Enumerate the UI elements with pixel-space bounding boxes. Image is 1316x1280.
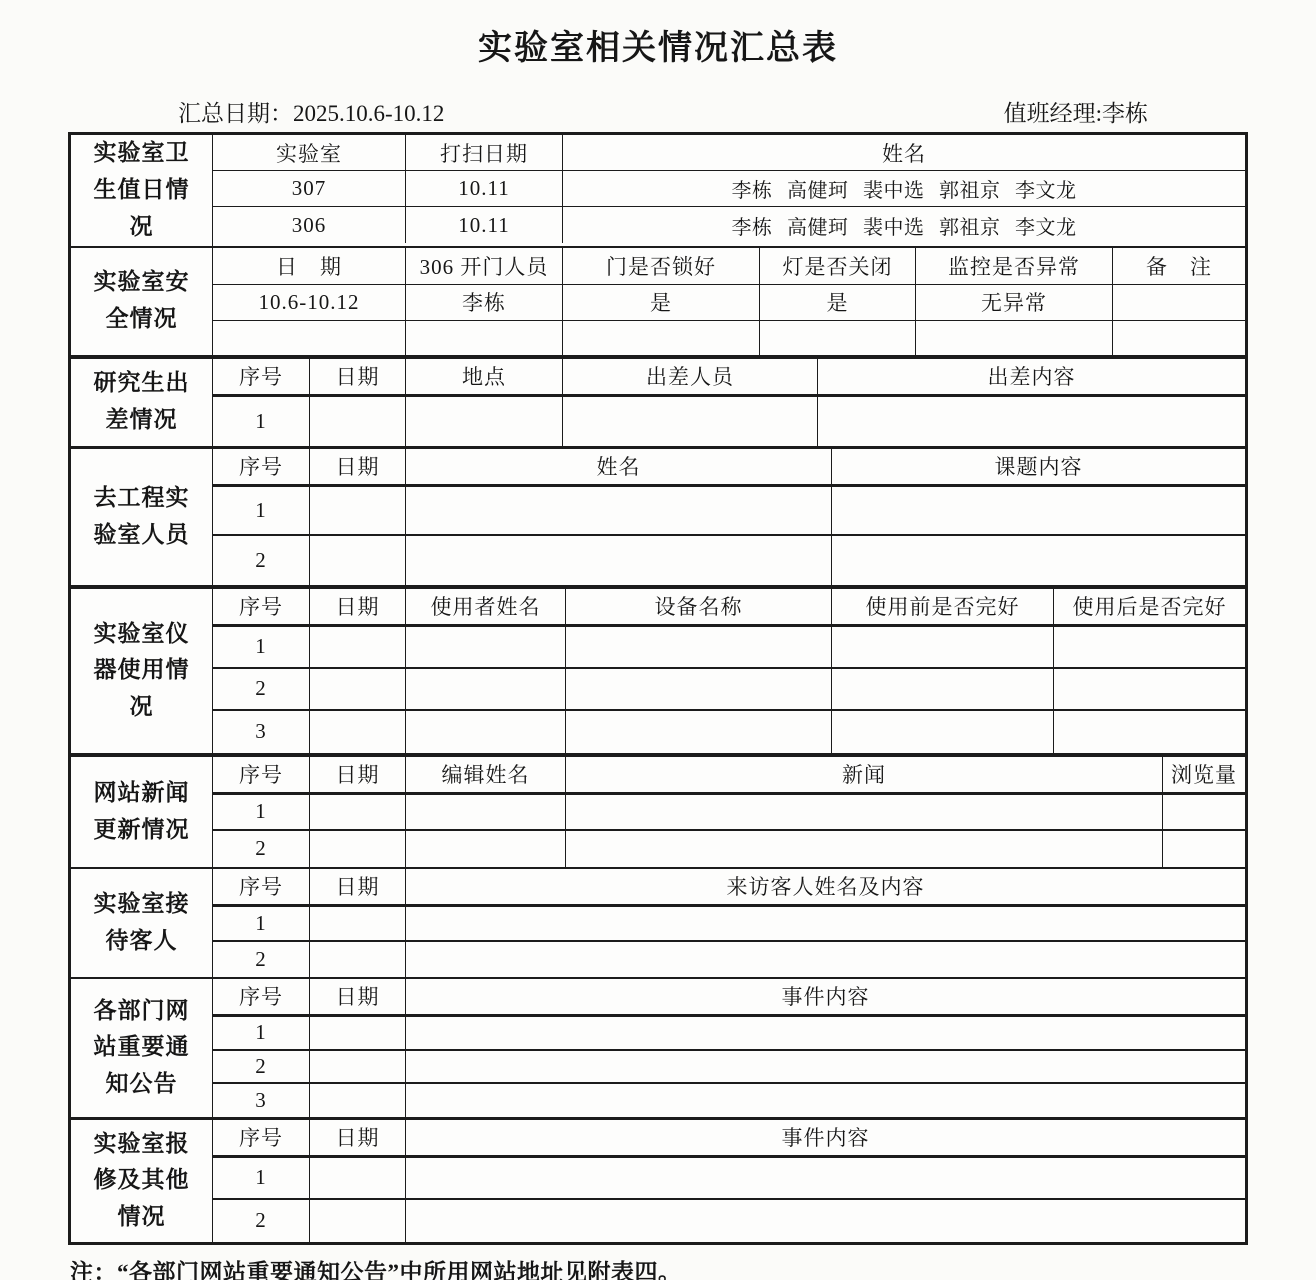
table-row: 序号 日期 地点 出差人员 出差内容 (213, 359, 1245, 397)
table-row: 实验室 打扫日期 姓名 (213, 135, 1245, 171)
header-cell: 序号 (213, 449, 310, 484)
section-lab-hygiene-duty: 实验室卫生值日情况 实验室 打扫日期 姓名 307 10.11 李栋 高健珂 裴… (71, 135, 1245, 247)
data-cell: 2 (213, 536, 310, 585)
data-cell (832, 487, 1245, 534)
data-cell (406, 321, 563, 355)
row-label: 实验室卫生值日情况 (71, 135, 213, 245)
table-row: 2 (213, 942, 1245, 977)
row-label: 实验室仪器使用情况 (71, 589, 213, 753)
data-cell (406, 907, 1245, 940)
table-row: 1 (213, 1158, 1245, 1200)
data-cell (310, 627, 406, 667)
data-cell (406, 669, 566, 709)
data-cell (406, 942, 1245, 977)
table-row: 2 (213, 669, 1245, 711)
data-cell (310, 536, 406, 585)
data-cell (566, 711, 832, 753)
data-cell: 是 (760, 285, 916, 320)
data-cell (406, 831, 566, 867)
data-cell (832, 536, 1245, 585)
header-cell: 日期 (310, 589, 406, 624)
summary-date: 汇总日期：2025.10.6-10.12 (178, 95, 444, 128)
data-cell (310, 487, 406, 534)
header-cell: 序号 (213, 757, 310, 792)
data-cell (1054, 669, 1245, 709)
header-cell: 编辑姓名 (406, 757, 566, 792)
header-cell: 门是否锁好 (563, 248, 760, 284)
header-cell: 姓名 (563, 135, 1245, 170)
header-cell: 课题内容 (832, 449, 1245, 484)
data-cell (832, 627, 1054, 667)
data-cell (310, 1051, 406, 1082)
data-cell (1163, 795, 1245, 829)
data-cell (406, 397, 563, 446)
data-cell (760, 321, 916, 355)
data-cell (310, 942, 406, 977)
data-cell (566, 831, 1163, 867)
data-cell: 李栋 高健珂 裴中选 郭祖京 李文龙 (563, 207, 1245, 243)
table-row: 序号 日期 事件内容 (213, 1120, 1245, 1158)
data-cell: 1 (213, 397, 310, 446)
table-row: 1 (213, 487, 1245, 536)
header-cell: 使用前是否完好 (832, 589, 1054, 624)
row-label: 网站新闻更新情况 (71, 757, 213, 867)
data-cell (406, 1158, 1245, 1198)
table-row: 序号 日期 使用者姓名 设备名称 使用前是否完好 使用后是否完好 (213, 589, 1245, 627)
header-cell: 序号 (213, 589, 310, 624)
data-cell (563, 397, 818, 446)
data-cell: 10.11 (406, 207, 563, 243)
row-label: 实验室接待客人 (71, 869, 213, 977)
row-label: 实验室安全情况 (71, 248, 213, 355)
data-cell (566, 795, 1163, 829)
header-cell: 日期 (310, 869, 406, 904)
duty-manager: 值班经理:李栋 (1004, 95, 1148, 128)
data-cell: 1 (213, 627, 310, 667)
summary-table: 实验室卫生值日情况 实验室 打扫日期 姓名 307 10.11 李栋 高健珂 裴… (68, 132, 1248, 1244)
row-label: 实验室报修及其他情况 (71, 1120, 213, 1242)
header-cell: 灯是否关闭 (760, 248, 916, 284)
data-cell: 2 (213, 1200, 310, 1242)
header-cell: 日期 (310, 757, 406, 792)
header-cell: 日 期 (213, 248, 406, 284)
data-cell (406, 536, 832, 585)
data-cell: 是 (563, 285, 760, 320)
data-cell: 3 (213, 1084, 310, 1117)
data-cell: 1 (213, 795, 310, 829)
table-row: 10.6-10.12 李栋 是 是 无异常 (213, 285, 1245, 321)
data-cell (310, 1158, 406, 1198)
data-cell (310, 397, 406, 446)
header-cell: 地点 (406, 359, 563, 394)
table-row: 3 (213, 1084, 1245, 1117)
data-cell: 无异常 (916, 285, 1113, 320)
header-cell: 浏览量 (1163, 757, 1245, 792)
data-cell (563, 321, 760, 355)
data-cell (406, 1084, 1245, 1117)
header-cell: 序号 (213, 359, 310, 394)
table-row: 1 (213, 907, 1245, 942)
section-lab-guests: 实验室接待客人 序号 日期 来访客人姓名及内容 1 2 (71, 869, 1245, 979)
data-cell (1113, 321, 1245, 355)
table-row: 3 (213, 711, 1245, 753)
footnote: 注：“各部门网站重要通知公告”中所用网站地址见附表四。 (70, 1254, 1316, 1280)
header-cell: 日期 (310, 359, 406, 394)
data-cell (310, 831, 406, 867)
data-cell (310, 907, 406, 940)
table-row: 序号 日期 姓名 课题内容 (213, 449, 1245, 487)
data-cell (916, 321, 1113, 355)
data-cell: 李栋 (406, 285, 563, 320)
data-cell (1054, 711, 1245, 753)
table-row: 1 (213, 627, 1245, 669)
header-cell: 序号 (213, 979, 310, 1014)
data-cell: 2 (213, 942, 310, 977)
table-row: 2 (213, 1200, 1245, 1242)
data-cell (1163, 831, 1245, 867)
table-row: 序号 日期 事件内容 (213, 979, 1245, 1017)
table-row: 306 10.11 李栋 高健珂 裴中选 郭祖京 李文龙 (213, 207, 1245, 243)
summary-date-label: 汇总日期： (178, 101, 293, 126)
data-cell (566, 669, 832, 709)
data-cell: 李栋 高健珂 裴中选 郭祖京 李文龙 (563, 171, 1245, 206)
header-cell: 姓名 (406, 449, 832, 484)
header-cell: 打扫日期 (406, 135, 563, 170)
header-cell: 使用者姓名 (406, 589, 566, 624)
header-cell: 事件内容 (406, 979, 1245, 1014)
header-cell: 日期 (310, 1120, 406, 1155)
data-cell (310, 1084, 406, 1117)
meta-row: 汇总日期：2025.10.6-10.12 值班经理:李栋 (0, 95, 1316, 128)
header-cell: 306 开门人员 (406, 248, 563, 284)
data-cell (406, 627, 566, 667)
header-cell: 使用后是否完好 (1054, 589, 1245, 624)
data-cell: 3 (213, 711, 310, 753)
header-cell: 出差人员 (563, 359, 818, 394)
data-cell (406, 1051, 1245, 1082)
data-cell: 1 (213, 1017, 310, 1049)
section-website-news-updates: 网站新闻更新情况 序号 日期 编辑姓名 新闻 浏览量 1 2 (71, 757, 1245, 869)
data-cell (406, 711, 566, 753)
section-instrument-usage: 实验室仪器使用情况 序号 日期 使用者姓名 设备名称 使用前是否完好 使用后是否… (71, 589, 1245, 757)
data-cell (566, 627, 832, 667)
table-row (213, 321, 1245, 355)
row-label: 研究生出差情况 (71, 359, 213, 446)
header-cell: 序号 (213, 1120, 310, 1155)
data-cell: 2 (213, 831, 310, 867)
section-engineering-lab-visitors: 去工程实验室人员 序号 日期 姓名 课题内容 1 2 (71, 449, 1245, 589)
header-cell: 序号 (213, 869, 310, 904)
table-row: 307 10.11 李栋 高健珂 裴中选 郭祖京 李文龙 (213, 171, 1245, 207)
table-row: 2 (213, 536, 1245, 585)
data-cell (832, 669, 1054, 709)
data-cell (406, 1017, 1245, 1049)
scanned-form-page: 实验室相关情况汇总表 汇总日期：2025.10.6-10.12 值班经理:李栋 … (0, 0, 1316, 1280)
data-cell (310, 1200, 406, 1242)
data-cell: 2 (213, 669, 310, 709)
data-cell (310, 669, 406, 709)
data-cell: 10.11 (406, 171, 563, 206)
data-cell (406, 487, 832, 534)
data-cell: 306 (213, 207, 406, 243)
data-cell: 2 (213, 1051, 310, 1082)
section-lab-repairs-other: 实验室报修及其他情况 序号 日期 事件内容 1 2 (71, 1120, 1245, 1242)
data-cell (1113, 285, 1245, 320)
data-cell: 10.6-10.12 (213, 285, 406, 320)
header-cell: 日期 (310, 979, 406, 1014)
table-row: 序号 日期 编辑姓名 新闻 浏览量 (213, 757, 1245, 795)
row-label: 去工程实验室人员 (71, 449, 213, 585)
data-cell (406, 1200, 1245, 1242)
data-cell: 1 (213, 1158, 310, 1198)
table-row: 1 (213, 795, 1245, 831)
header-cell: 出差内容 (818, 359, 1245, 394)
data-cell (310, 1017, 406, 1049)
section-dept-website-notices: 各部门网站重要通知公告 序号 日期 事件内容 1 2 (71, 979, 1245, 1120)
table-row: 2 (213, 1051, 1245, 1084)
table-row: 序号 日期 来访客人姓名及内容 (213, 869, 1245, 907)
data-cell: 307 (213, 171, 406, 206)
page-title: 实验室相关情况汇总表 (0, 30, 1316, 67)
table-row: 日 期 306 开门人员 门是否锁好 灯是否关闭 监控是否异常 备 注 (213, 248, 1245, 285)
data-cell (310, 795, 406, 829)
section-lab-safety: 实验室安全情况 日 期 306 开门人员 门是否锁好 灯是否关闭 监控是否异常 … (71, 248, 1245, 359)
data-cell (818, 397, 1245, 446)
data-cell (213, 321, 406, 355)
data-cell (1054, 627, 1245, 667)
header-cell: 监控是否异常 (916, 248, 1113, 284)
summary-date-value: 2025.10.6-10.12 (293, 101, 444, 126)
header-cell: 设备名称 (566, 589, 832, 624)
header-cell: 日期 (310, 449, 406, 484)
header-cell: 备 注 (1113, 248, 1245, 284)
table-row: 2 (213, 831, 1245, 867)
data-cell (310, 711, 406, 753)
header-cell: 实验室 (213, 135, 406, 170)
table-row: 1 (213, 1017, 1245, 1051)
section-grad-business-trips: 研究生出差情况 序号 日期 地点 出差人员 出差内容 1 (71, 359, 1245, 449)
header-cell: 来访客人姓名及内容 (406, 869, 1245, 904)
data-cell (406, 795, 566, 829)
table-row: 1 (213, 397, 1245, 446)
row-label: 各部门网站重要通知公告 (71, 979, 213, 1117)
data-cell: 1 (213, 487, 310, 534)
data-cell: 1 (213, 907, 310, 940)
header-cell: 新闻 (566, 757, 1163, 792)
header-cell: 事件内容 (406, 1120, 1245, 1155)
data-cell (832, 711, 1054, 753)
